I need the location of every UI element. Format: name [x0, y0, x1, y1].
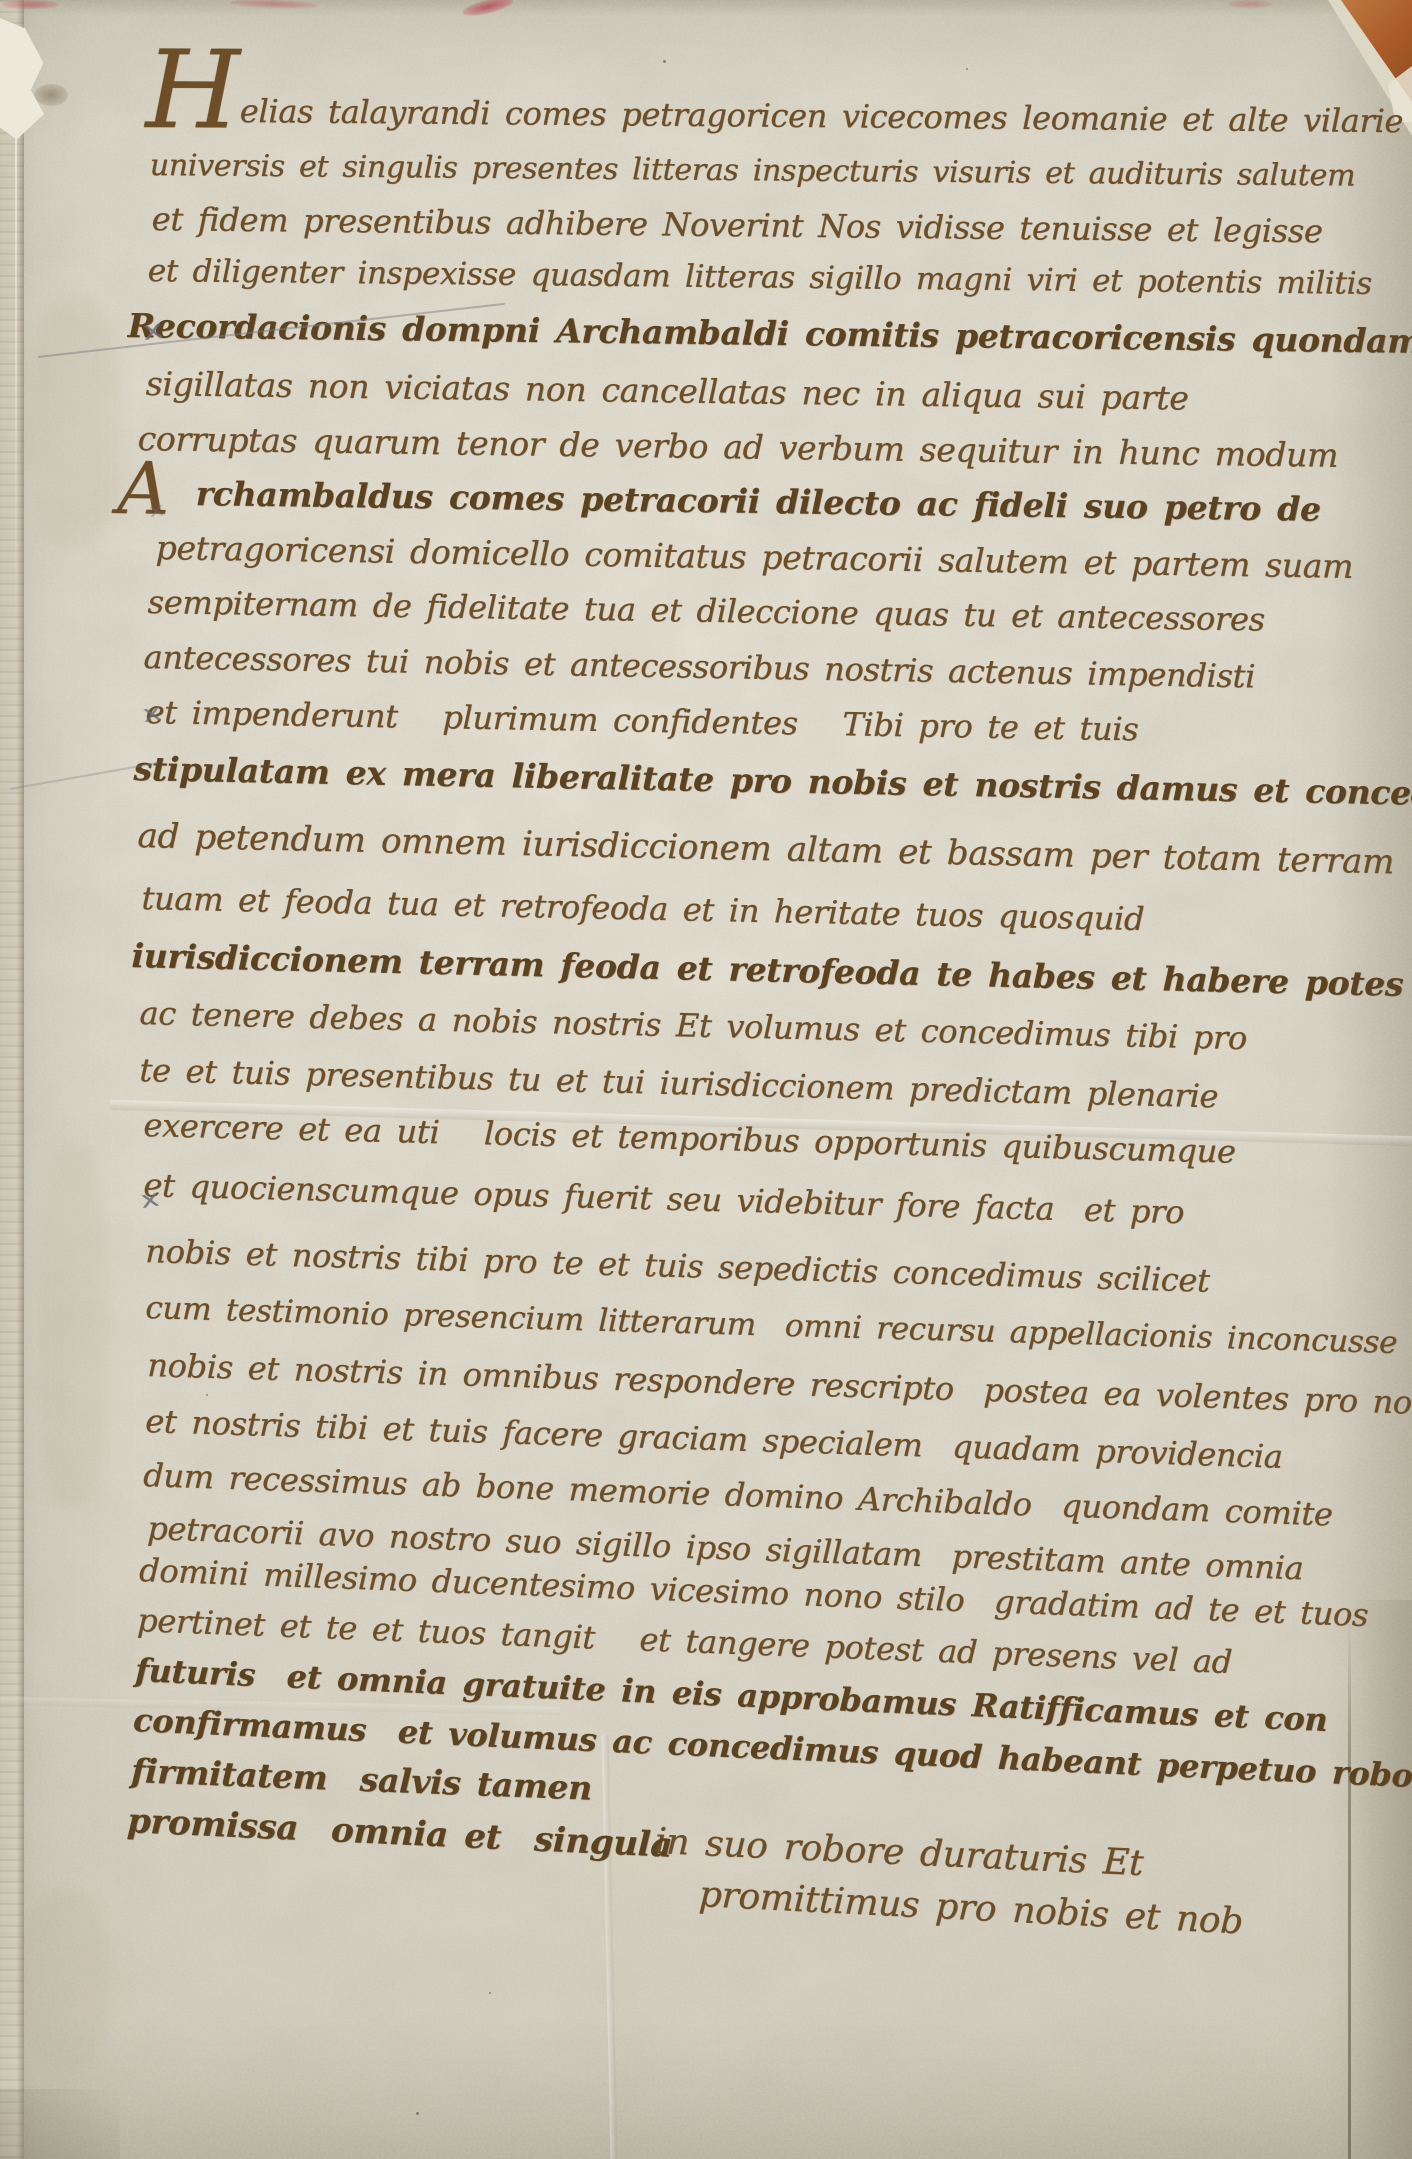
red-ink-mark — [1228, 0, 1272, 8]
page-roll-shadow — [1350, 1600, 1412, 2159]
pencil-x-mark: x — [141, 701, 163, 727]
bleedthrough-ghost — [28, 300, 120, 550]
underlying-leaf-edge — [0, 0, 24, 2159]
tear-shadow — [34, 84, 68, 106]
bottom-left-shade — [0, 2089, 120, 2159]
bleedthrough-ghost — [36, 1150, 110, 1510]
ink-speck — [416, 2112, 419, 2115]
pencil-x-mark: x — [148, 501, 166, 522]
manuscript-text-line: H — [145, 28, 240, 153]
ink-speck — [966, 68, 968, 70]
ink-speck — [663, 60, 666, 63]
manuscript-photo: Helias talayrandi comes petragoricen vic… — [0, 0, 1412, 2159]
pencil-x-mark: x — [139, 1187, 161, 1213]
ink-speck — [489, 1992, 491, 1994]
ink-speck — [206, 1394, 208, 1396]
bleedthrough-ghost — [20, 1890, 110, 2070]
red-ink-mark — [2, 0, 58, 9]
